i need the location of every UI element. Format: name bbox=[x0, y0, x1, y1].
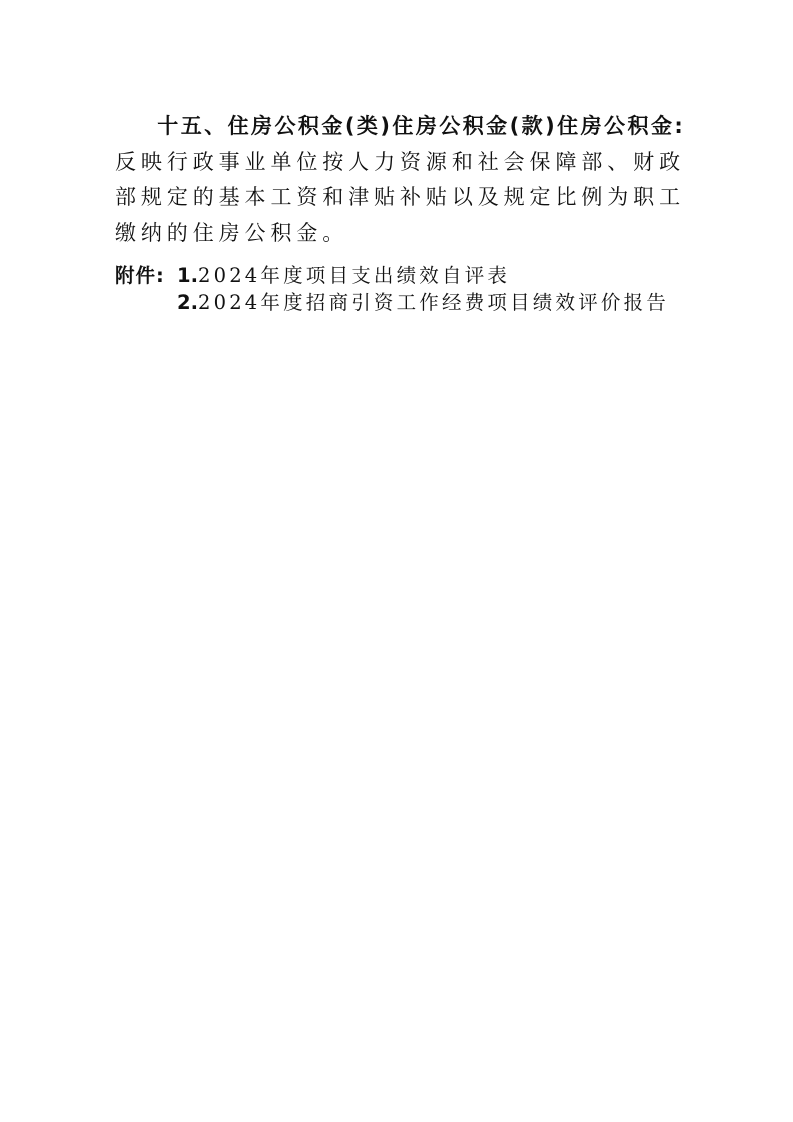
section-heading: 十五、住房公积金(类)住房公积金(款)住房公积金: bbox=[157, 114, 685, 138]
attachment-number: 2. bbox=[177, 289, 198, 316]
attachment-title: 2024年度招商引资工作经费项目绩效评价报告 bbox=[198, 289, 669, 316]
attachment-title: 2024年度项目支出绩效自评表 bbox=[198, 262, 510, 289]
attachment-item: 2. 2024年度招商引资工作经费项目绩效评价报告 bbox=[115, 289, 669, 316]
attachment-indent bbox=[115, 289, 177, 316]
section-paragraph: 十五、住房公积金(类)住房公积金(款)住房公积金:反映行政事业单位按人力资源和社… bbox=[115, 109, 685, 251]
attachment-item: 附件: 1. 2024年度项目支出绩效自评表 bbox=[115, 262, 669, 289]
attachments-label: 附件: bbox=[115, 262, 177, 289]
attachment-number: 1. bbox=[177, 262, 198, 289]
section-body: 反映行政事业单位按人力资源和社会保障部、财政部规定的基本工资和津贴补贴以及规定比… bbox=[115, 150, 685, 245]
attachments-list: 附件: 1. 2024年度项目支出绩效自评表 2. 2024年度招商引资工作经费… bbox=[115, 262, 669, 316]
